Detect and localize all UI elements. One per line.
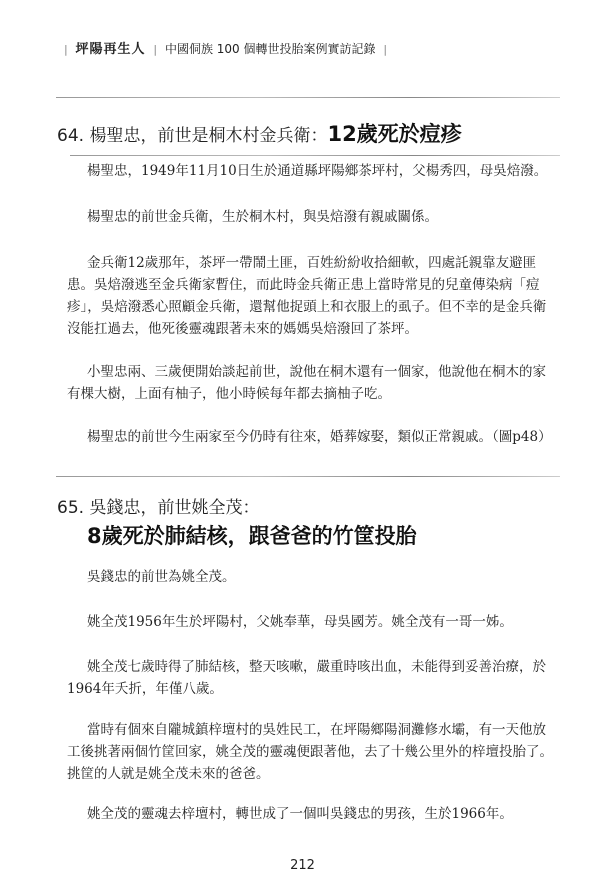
heading-light: 65. 吳錢忠，前世姚全茂：: [57, 493, 417, 518]
header-separator: |: [64, 43, 68, 56]
page-number: 212: [0, 858, 605, 873]
paragraph: 姚全茂1956年生於坪陽村，父姚奉華，母吳國芳。姚全茂有一哥一姊。: [87, 611, 557, 633]
paragraph: 吳錢忠的前世為姚全茂。: [87, 566, 557, 588]
paragraph: 當時有個來自隴城鎮梓壇村的吳姓民工，在坪陽鄉陽洞灘修水壩，有一天他放工後挑著兩個…: [67, 719, 557, 785]
book-title: 坪陽再生人: [76, 42, 146, 57]
heading-bold: 12歲死於痘疹: [327, 122, 461, 146]
heading-bold: 8歲死於肺結核，跟爸爸的竹筐投胎: [87, 520, 417, 550]
section-divider: [56, 476, 560, 477]
paragraph: 姚全茂的靈魂去梓壇村，轉世成了一個叫吳錢忠的男孩，生於1966年。: [67, 803, 557, 825]
paragraph: 姚全茂七歲時得了肺結核，整天咳嗽，嚴重時咳出血，未能得到妥善治療，於1964年夭…: [67, 656, 557, 700]
paragraph: 金兵衛12歲那年，茶坪一帶鬧土匪，百姓紛紛收拾細軟，四處託親靠友避匪患。吳焙潑逃…: [67, 252, 557, 340]
paragraph: 楊聖忠的前世金兵衛，生於桐木村，與吳焙潑有親戚關係。: [87, 206, 557, 228]
section-heading-65: 65. 吳錢忠，前世姚全茂： 8歲死於肺結核，跟爸爸的竹筐投胎: [57, 493, 417, 550]
paragraph: 楊聖忠，1949年11月10日生於通道縣坪陽鄉茶坪村，父楊秀四，母吳焙潑。: [87, 160, 557, 182]
book-subtitle: 中國侗族 100 個轉世投胎案例實訪記錄: [165, 42, 376, 56]
header-separator: |: [383, 43, 387, 56]
running-header: | 坪陽再生人 | 中國侗族 100 個轉世投胎案例實訪記錄 |: [60, 38, 391, 57]
paragraph: 小聖忠兩、三歲便開始談起前世，說他在桐木還有一個家，他說他在桐木的家有棵大樹，上…: [67, 361, 557, 405]
section-divider: [56, 97, 560, 98]
heading-light: 64. 楊聖忠，前世是桐木村金兵衛：: [57, 126, 327, 146]
header-separator: |: [153, 43, 157, 56]
heading-underline: [70, 155, 560, 156]
section-heading-64: 64. 楊聖忠，前世是桐木村金兵衛：12歲死於痘疹: [57, 118, 462, 148]
paragraph: 楊聖忠的前世今生兩家至今仍時有往來，婚葬嫁娶，類似正常親戚。（圖p48）: [87, 426, 557, 448]
